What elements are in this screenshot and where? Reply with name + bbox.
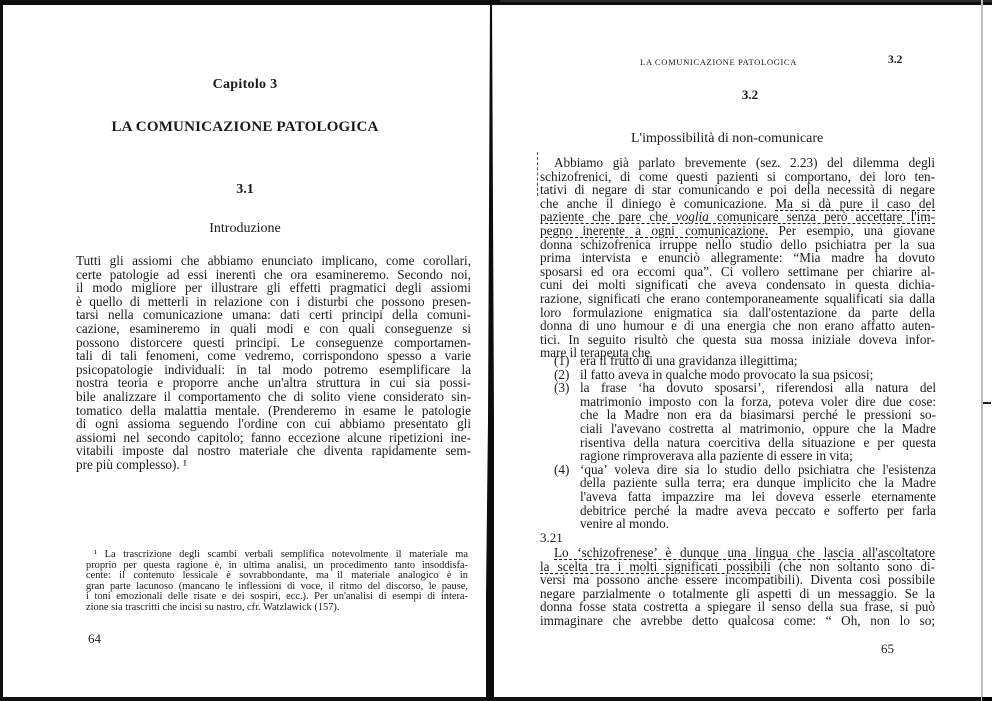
- text-line: negare parzialmente o totalmente gli asp…: [540, 587, 935, 601]
- text-line: debitrice perché la madre aveva peccato …: [580, 504, 936, 518]
- text-line: sposarsi ed ora eccomi qua”. Ci vollero …: [540, 265, 935, 279]
- text-line: la scelta tra i molti significati possib…: [540, 560, 935, 574]
- text-line: versi ma possono anche essere incompatib…: [540, 573, 935, 587]
- page-number: 64: [88, 631, 101, 647]
- text-line: paziente che pare che voglia comunicare …: [540, 210, 935, 224]
- text-line: possono distorcere questi principi. Le c…: [76, 336, 471, 350]
- text-line: schizofrenici, di come questi pazienti s…: [540, 170, 935, 184]
- text-line: razione, significati che erano contempor…: [540, 292, 935, 306]
- text-line: è quello di metterli in relazione con i …: [76, 295, 471, 309]
- margin-annotation-bar: [537, 152, 539, 196]
- list-item: (4) ‘qua’ voleva dire sia lo studio dell…: [554, 463, 936, 531]
- text-line: pre più complesso). ¹: [76, 458, 471, 472]
- text-line: matrimonio imposto con la forza, poteva …: [580, 395, 936, 409]
- left-page: Capitolo 3 LA COMUNICAZIONE PATOLOGICA 3…: [0, 0, 490, 701]
- subsection-number: 3.21: [540, 530, 563, 546]
- text-line: vitabili imposte dal nostro materiale ch…: [76, 444, 471, 458]
- underlined-text-line: Lo ‘schizofrenese’ è dunque una lingua c…: [540, 546, 935, 560]
- text-line: ragione rimproverava alla paziente di es…: [580, 449, 936, 463]
- text-line: Tutti gli assiomi che abbiamo enunciato …: [76, 254, 471, 268]
- text-line: donna schizofrenica irruppe nello studio…: [540, 238, 935, 252]
- text-line: risentiva della natura coercitiva della …: [580, 436, 936, 450]
- list-item: (3) la frase ‘ha dovuto sposarsi’, rifer…: [554, 381, 936, 463]
- text-line: psicopatologie individuali: in tal modo …: [76, 363, 471, 377]
- text-line: assiomi nel secondo capitolo; fanno ecce…: [76, 431, 471, 445]
- text-line: la frase ‘ha dovuto sposarsi’, riferendo…: [580, 381, 936, 395]
- section-number: 3.1: [0, 182, 490, 198]
- section-title: Introduzione: [0, 221, 490, 237]
- text-line: tali di tali fenomeni, come vedremo, cor…: [76, 349, 471, 363]
- text-line: cazione, esamineremo in quali modi e con…: [76, 322, 471, 336]
- list-item: (2) il fatto aveva in qualche modo provo…: [554, 368, 936, 382]
- running-section-number: 3.2: [888, 54, 902, 66]
- section-number: 3.2: [496, 87, 992, 103]
- text-line: tomatico della malattia mentale. (Prende…: [76, 404, 471, 418]
- text-line: loro formulazione enigmatica sia dall'os…: [540, 306, 935, 320]
- chapter-label: Capitolo 3: [0, 77, 490, 93]
- right-page: LA COMUNICAZIONE PATOLOGICA 3.2 3.2 L'im…: [496, 0, 992, 701]
- text-line: di ogni assioma seguendo l'ordine con cu…: [76, 417, 471, 431]
- text-line: venire al mondo.: [580, 517, 936, 531]
- text-line: donna di uno humour e di una energia che…: [540, 319, 935, 333]
- text-line: l'aveva fatta impazzire ma lei doveva es…: [580, 490, 936, 504]
- text-line: che anche il diniego è comunicazione. Ma…: [540, 197, 935, 211]
- text-line: pegno inerente a ogni comunicazione. Per…: [540, 224, 935, 238]
- section-title: L'impossibilità di non-comunicare: [631, 131, 823, 147]
- section-number-text: 3.2: [742, 87, 758, 103]
- list-number: (4): [554, 463, 569, 477]
- text-line: il modo migliore per illustrare gli effe…: [76, 281, 471, 295]
- text-line: che la Madre non era da biasimarsi perch…: [580, 408, 936, 422]
- text-line: era il frutto di una gravidanza illegitt…: [580, 354, 936, 368]
- section-paragraph: Abbiamo già parlato brevemente (sez. 2.2…: [540, 156, 935, 360]
- text-line: bile analizzare il comportamento che di …: [76, 390, 471, 404]
- text-line: tici. In seguito risultò che questa sua …: [540, 333, 935, 347]
- page-number: 65: [881, 641, 894, 657]
- text-line: prima intervista e enunciò allegramente:…: [540, 251, 935, 265]
- footnote-line: zione sia trascritti che incisi su nastr…: [86, 603, 468, 614]
- text-line: il fatto aveva in qualche modo provocato…: [580, 368, 936, 382]
- intro-paragraph: Tutti gli assiomi che abbiamo enunciato …: [76, 254, 471, 472]
- numbered-list: (1) era il frutto di una gravidanza ille…: [554, 354, 936, 531]
- list-number: (2): [554, 368, 569, 382]
- footnote-line: ¹ La trascrizione degli scambi verbali s…: [86, 550, 468, 561]
- list-number: (3): [554, 381, 569, 395]
- chapter-title: LA COMUNICAZIONE PATOLOGICA: [0, 119, 490, 136]
- text-line: tativi di negare di star comunicando e p…: [540, 183, 935, 197]
- text-line: cuni dei molti significati che aveva con…: [540, 278, 935, 292]
- text-line: donna fosse stata costretta a spiegare i…: [540, 600, 935, 614]
- text-line: immaginare che avrebbe detto qualcosa co…: [540, 614, 935, 628]
- text-line: Abbiamo già parlato brevemente (sez. 2.2…: [540, 156, 935, 170]
- text-line: certe patologie ad essi inerenti che ora…: [76, 268, 471, 282]
- text-line: della paziente sulla terra; era dunque i…: [580, 476, 936, 490]
- text-line: ciali l'avevano costretta al matrimonio,…: [580, 422, 936, 436]
- text-line: tarsi nella comunicazione umana: dati ce…: [76, 308, 471, 322]
- subsection-paragraph: Lo ‘schizofrenese’ è dunque una lingua c…: [540, 546, 935, 628]
- text-line: nostra teoria e proporre anche un'altra …: [76, 376, 471, 390]
- text-span: Per esempio, una giovane: [768, 223, 935, 238]
- running-head: LA COMUNICAZIONE PATOLOGICA: [640, 57, 797, 67]
- text-line: ‘qua’ voleva dire sia lo studio dello ps…: [580, 463, 936, 477]
- underlined-text: pegno inerente a ogni comunicazione.: [540, 223, 768, 238]
- list-item: (1) era il frutto di una gravidanza ille…: [554, 354, 936, 368]
- footnote: ¹ La trascrizione degli scambi verbali s…: [86, 550, 468, 614]
- list-number: (1): [554, 354, 569, 368]
